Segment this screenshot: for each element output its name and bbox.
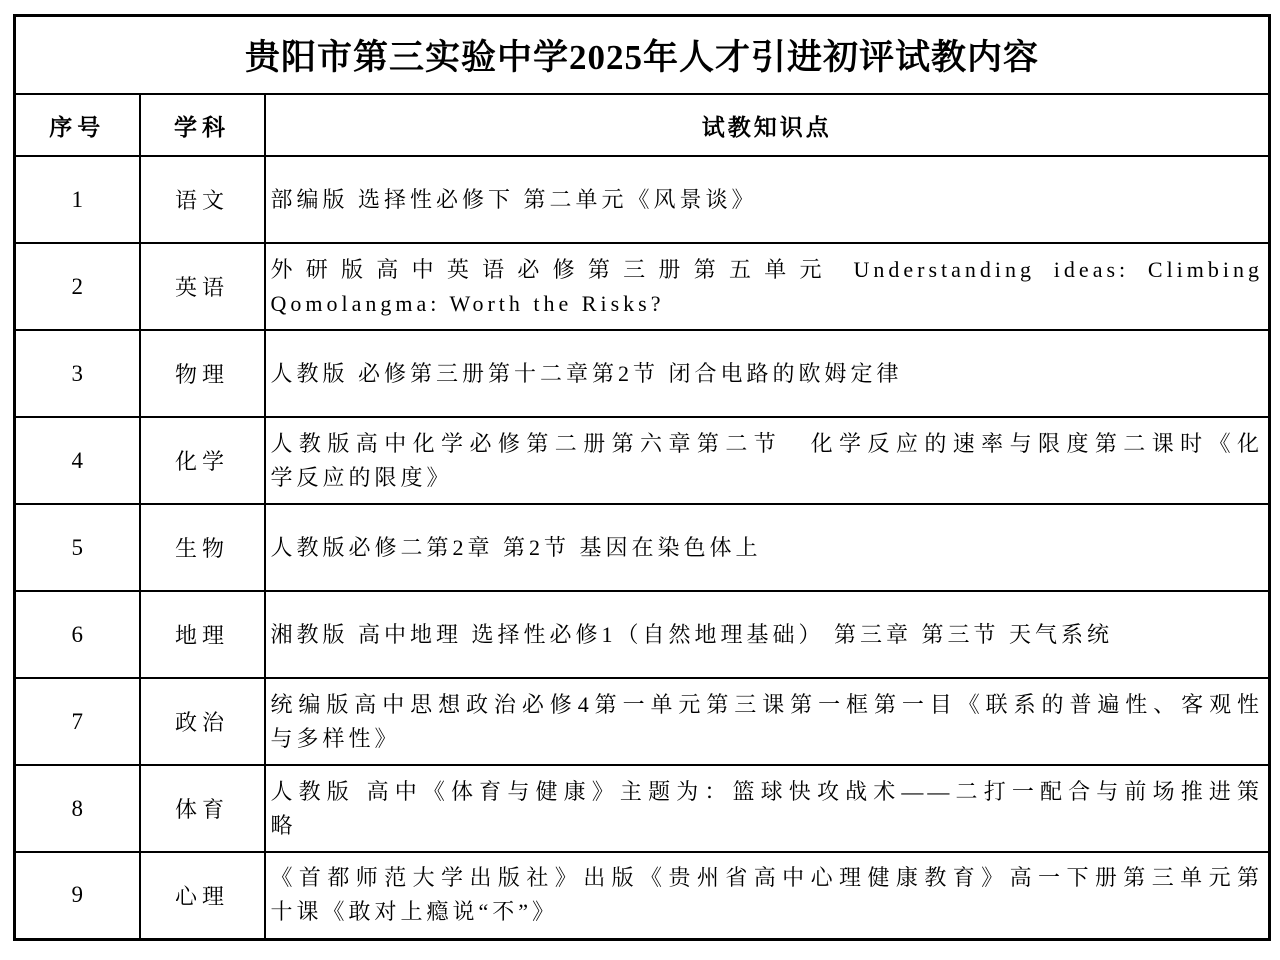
content-line: 外研版高中英语必修第三册第五单元 Understanding ideas: Cl…	[271, 253, 1264, 287]
content-cell: 人教版必修二第2章 第2节 基因在染色体上	[265, 504, 1270, 591]
content-line: 湘教版 高中地理 选择性必修1（自然地理基础） 第三章 第三节 天气系统	[271, 618, 1264, 652]
table-body: 贵阳市第三实验中学2025年人才引进初评试教内容 序号 学科 试教知识点 1 语…	[15, 16, 1270, 940]
subject-cell: 地理	[140, 591, 265, 678]
content-cell: 人教版 高中《体育与健康》主题为：篮球快攻战术——二打一配合与前场推进策略	[265, 765, 1270, 852]
subject-cell: 英语	[140, 243, 265, 330]
subject-cell: 体育	[140, 765, 265, 852]
row-number-cell: 8	[15, 765, 140, 852]
content-cell: 统编版高中思想政治必修4第一单元第三课第一框第一目《联系的普遍性、客观性与多样性…	[265, 678, 1270, 765]
trial-teaching-content-table: 贵阳市第三实验中学2025年人才引进初评试教内容 序号 学科 试教知识点 1 语…	[13, 14, 1271, 941]
table-row: 4 化学 人教版高中化学必修第二册第六章第二节 化学反应的速率与限度第二课时《化…	[15, 417, 1270, 504]
subject-cell: 生物	[140, 504, 265, 591]
content-cell: 人教版 必修第三册第十二章第2节 闭合电路的欧姆定律	[265, 330, 1270, 417]
content-cell: 外研版高中英语必修第三册第五单元 Understanding ideas: Cl…	[265, 243, 1270, 330]
content-cell: 湘教版 高中地理 选择性必修1（自然地理基础） 第三章 第三节 天气系统	[265, 591, 1270, 678]
content-line: 人教版必修二第2章 第2节 基因在染色体上	[271, 531, 1264, 565]
content-line: 《首都师范大学出版社》出版《贵州省高中心理健康教育》高一下册第三单元第	[271, 861, 1264, 895]
content-line: Qomolangma: Worth the Risks?	[271, 287, 1264, 321]
row-number-cell: 2	[15, 243, 140, 330]
row-number-cell: 1	[15, 156, 140, 243]
table-row: 3 物理 人教版 必修第三册第十二章第2节 闭合电路的欧姆定律	[15, 330, 1270, 417]
row-number-cell: 6	[15, 591, 140, 678]
content-line: 人教版高中化学必修第二册第六章第二节 化学反应的速率与限度第二课时《化	[271, 427, 1264, 461]
row-number-cell: 4	[15, 417, 140, 504]
table-row: 2 英语 外研版高中英语必修第三册第五单元 Understanding idea…	[15, 243, 1270, 330]
table-row: 7 政治 统编版高中思想政治必修4第一单元第三课第一框第一目《联系的普遍性、客观…	[15, 678, 1270, 765]
column-header-subject: 学科	[140, 94, 265, 156]
table-row: 1 语文 部编版 选择性必修下 第二单元《风景谈》	[15, 156, 1270, 243]
subject-cell: 物理	[140, 330, 265, 417]
content-cell: 部编版 选择性必修下 第二单元《风景谈》	[265, 156, 1270, 243]
row-number-cell: 3	[15, 330, 140, 417]
subject-cell: 化学	[140, 417, 265, 504]
column-header-content: 试教知识点	[265, 94, 1270, 156]
row-number-cell: 5	[15, 504, 140, 591]
table-row: 6 地理 湘教版 高中地理 选择性必修1（自然地理基础） 第三章 第三节 天气系…	[15, 591, 1270, 678]
title-row: 贵阳市第三实验中学2025年人才引进初评试教内容	[15, 16, 1270, 95]
content-line: 人教版 高中《体育与健康》主题为：篮球快攻战术——二打一配合与前场推进策	[271, 775, 1264, 809]
content-cell: 《首都师范大学出版社》出版《贵州省高中心理健康教育》高一下册第三单元第十课《敢对…	[265, 852, 1270, 939]
content-cell: 人教版高中化学必修第二册第六章第二节 化学反应的速率与限度第二课时《化学反应的限…	[265, 417, 1270, 504]
table-row: 9 心理 《首都师范大学出版社》出版《贵州省高中心理健康教育》高一下册第三单元第…	[15, 852, 1270, 939]
content-line: 统编版高中思想政治必修4第一单元第三课第一框第一目《联系的普遍性、客观性	[271, 688, 1264, 722]
table-row: 5 生物 人教版必修二第2章 第2节 基因在染色体上	[15, 504, 1270, 591]
table-row: 8 体育 人教版 高中《体育与健康》主题为：篮球快攻战术——二打一配合与前场推进…	[15, 765, 1270, 852]
row-number-cell: 9	[15, 852, 140, 939]
subject-cell: 政治	[140, 678, 265, 765]
content-line: 人教版 必修第三册第十二章第2节 闭合电路的欧姆定律	[271, 357, 1264, 391]
content-line: 学反应的限度》	[271, 461, 1264, 495]
content-line: 部编版 选择性必修下 第二单元《风景谈》	[271, 183, 1264, 217]
subject-cell: 语文	[140, 156, 265, 243]
row-number-cell: 7	[15, 678, 140, 765]
subject-cell: 心理	[140, 852, 265, 939]
column-header-no: 序号	[15, 94, 140, 156]
content-line: 与多样性》	[271, 722, 1264, 756]
content-line: 略	[271, 809, 1264, 843]
content-line: 十课《敢对上瘾说“不”》	[271, 895, 1264, 929]
header-row: 序号 学科 试教知识点	[15, 94, 1270, 156]
table-title: 贵阳市第三实验中学2025年人才引进初评试教内容	[15, 16, 1270, 95]
